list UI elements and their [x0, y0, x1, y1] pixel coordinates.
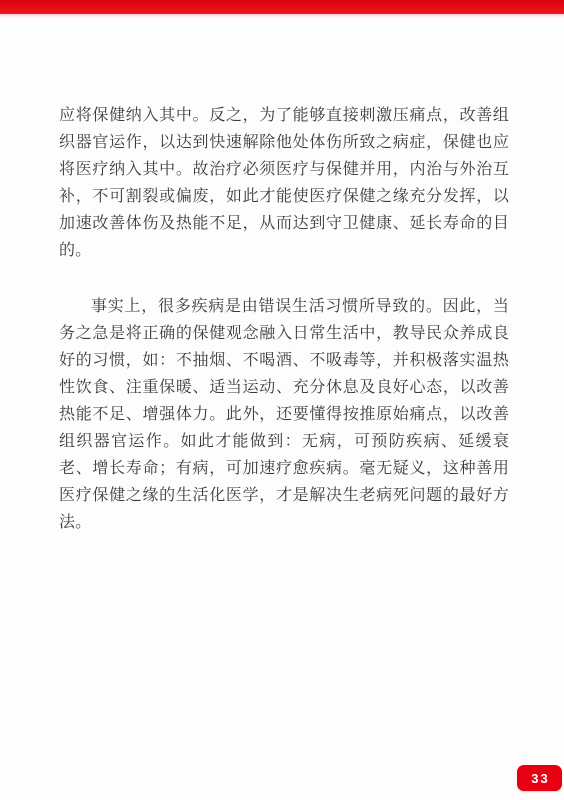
- top-accent-bar-shadow: [0, 14, 564, 18]
- page-number-badge: 33: [517, 765, 562, 791]
- page-body-text: 应将保健纳入其中。反之，为了能够直接刺激压痛点，改善组织器官运作，以达到快速解除…: [59, 102, 509, 536]
- body-paragraph-1: 应将保健纳入其中。反之，为了能够直接刺激压痛点，改善组织器官运作，以达到快速解除…: [59, 102, 509, 264]
- top-accent-bar: [0, 0, 564, 14]
- page-number-label: 33: [531, 771, 549, 786]
- book-page: 应将保健纳入其中。反之，为了能够直接刺激压痛点，改善组织器官运作，以达到快速解除…: [0, 0, 564, 800]
- body-paragraph-2: 事实上，很多疾病是由错误生活习惯所导致的。因此，当务之急是将正确的保健观念融入日…: [59, 293, 509, 536]
